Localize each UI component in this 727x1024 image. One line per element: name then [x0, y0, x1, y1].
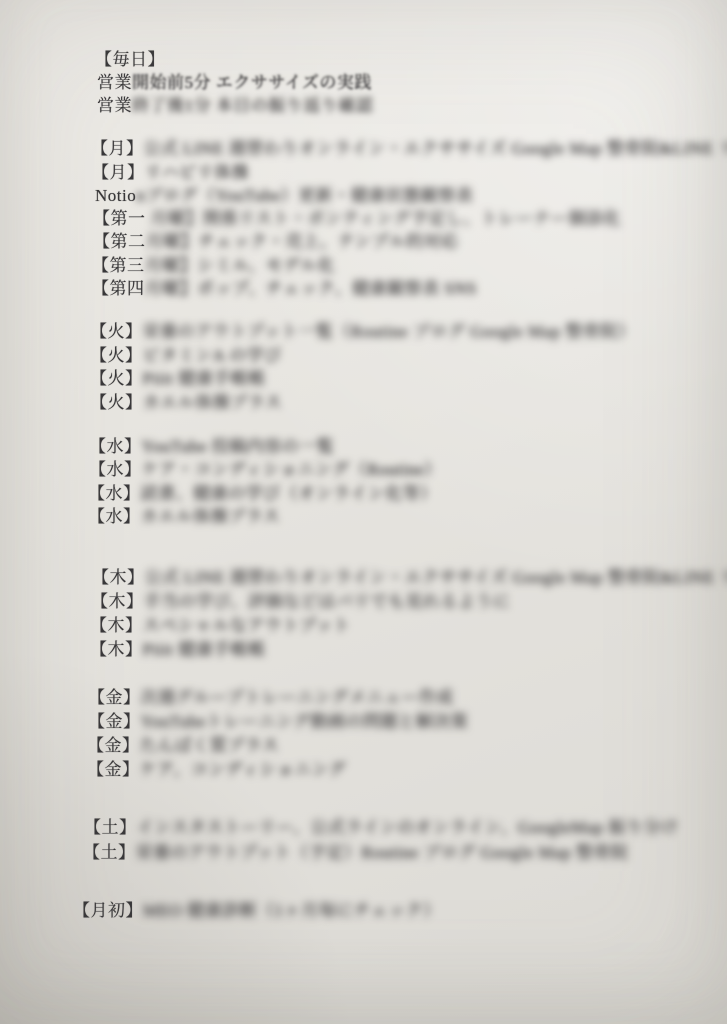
line-label: 営業	[97, 73, 132, 92]
line-redacted-text: 手当の学び、評価などはバリでも見れるように	[144, 592, 511, 611]
line-label: 【火】	[90, 346, 143, 365]
line-label: 【土】	[83, 843, 136, 862]
line-redacted-text: 読書、健康の学び（オンライン化等）	[141, 484, 438, 503]
line-redacted-text: 栄養のアウトプット一覧（Routine ブログ Google Map 整骨院）	[143, 322, 636, 341]
schedule-line: 【水】YouTube 投稿内容の一覧	[89, 437, 334, 457]
schedule-line: 営業開始前5分 エクササイズの実践	[97, 73, 372, 93]
schedule-line: 【木】手当の学び、評価などはバリでも見れるように	[91, 592, 510, 612]
line-redacted-text: カエル体操プラス	[141, 507, 281, 526]
schedule-line: 【月】リハビリ体操	[92, 163, 249, 183]
schedule-line: 【月】公式 LINE 週替わりオンライン・エクササイズ Google Map 整…	[91, 139, 727, 159]
line-label: 【金】	[88, 712, 141, 731]
line-redacted-text: インスタストーリー、公式ラインのオンライン、GoogleMap 振り分け	[137, 818, 679, 837]
schedule-line: 【火】カエル体操プラス	[90, 393, 282, 413]
line-label: 【月】	[92, 163, 145, 182]
line-label: 【水】	[88, 484, 141, 503]
line-redacted-text: 月曜】チェック・売上、テンプル的対応	[146, 232, 459, 251]
line-label: 【第二	[93, 232, 146, 251]
line-label: 【木】	[91, 592, 144, 611]
line-label: 【毎日】	[95, 50, 165, 69]
line-label: 【火】	[90, 393, 143, 412]
line-label: 営業	[97, 96, 132, 115]
line-label: 【水】	[88, 507, 141, 526]
line-label: 【月】	[91, 139, 144, 158]
line-redacted-text: nブログ（YouTube）更新・健康状態観察表	[136, 186, 473, 205]
line-redacted-text: 月曜】ポップ、チェック、健康観察表 SNS	[145, 279, 477, 298]
line-label: 【第四	[92, 279, 145, 298]
line-redacted-text: スペシャルなアウトプット	[143, 616, 351, 635]
line-redacted-text: 月曜】関係リスト・ポンティング予定し、トレーナー個添化	[146, 209, 621, 228]
schedule-line: 【水】ケア・コンディショニング（Routine）	[89, 460, 442, 480]
line-redacted-text: ケア・コンディショニング（Routine）	[142, 460, 442, 479]
schedule-line: 【木】Piiit 健康手帳帳	[90, 640, 266, 660]
line-label: 【火】	[90, 322, 143, 341]
line-label: 【金】	[88, 688, 141, 707]
schedule-line: 【木】公式 LINE 週替わりオンライン・エクササイズ Google Map 整…	[92, 568, 727, 588]
schedule-line: 営業終了後1分 本日の振り返り確認	[97, 96, 373, 116]
schedule-line: 【火】Piiit 健康手帳帳	[90, 369, 266, 389]
line-label: 【水】	[89, 437, 142, 456]
schedule-line: 【金】YouTubeトレーニング動画の問題と解決策	[88, 712, 468, 732]
line-redacted-text: 公式 LINE 週替わりオンライン・エクササイズ Google Map 整骨院&…	[144, 139, 727, 158]
schedule-line: 【毎日】	[95, 50, 165, 70]
line-redacted-text: 公式 LINE 週替わりオンライン・エクササイズ Google Map 整骨院&…	[145, 568, 727, 587]
line-label: 【水】	[89, 460, 142, 479]
line-redacted-text: 終了後1分 本日の振り返り確認	[132, 96, 373, 115]
line-redacted-text: MEO 健康診断（1ヶ月毎にチェック）	[143, 901, 441, 920]
schedule-line: 【金】たんぱく質プラス	[87, 736, 279, 756]
line-redacted-text: 栄養のアウトプット（予定）Routine ブログ Google Map 整骨院	[136, 843, 629, 862]
line-label: 【金】	[87, 736, 140, 755]
schedule-line: Notionブログ（YouTube）更新・健康状態観察表	[95, 186, 473, 206]
schedule-line: 【土】インスタストーリー、公式ラインのオンライン、GoogleMap 振り分け	[84, 818, 678, 838]
line-redacted-text: Piiit 健康手帳帳	[143, 369, 266, 388]
schedule-line: 【第二月曜】チェック・売上、テンプル的対応	[93, 232, 458, 252]
schedule-line: 【火】ビタミンA の学び	[90, 346, 282, 366]
line-redacted-text: YouTubeトレーニング動画の問題と解決策	[141, 712, 469, 731]
line-redacted-text: 次週グループトレーニングメニュー作成	[141, 688, 454, 707]
schedule-line: 【金】次週グループトレーニングメニュー作成	[88, 688, 454, 708]
line-redacted-text: カエル体操プラス	[143, 393, 283, 412]
document-photo: 【毎日】営業開始前5分 エクササイズの実践営業終了後1分 本日の振り返り確認【月…	[0, 0, 727, 1024]
line-label: 【金】	[87, 760, 140, 779]
schedule-line: 【火】栄養のアウトプット一覧（Routine ブログ Google Map 整骨…	[90, 322, 635, 342]
line-label: 【木】	[90, 616, 143, 635]
schedule-line: 【月初】MEO 健康診断（1ヶ月毎にチェック）	[73, 901, 441, 921]
line-label: 【土】	[84, 818, 137, 837]
schedule-line: 【第三月曜】シミル、モデル化	[92, 256, 335, 276]
schedule-line: 【木】スペシャルなアウトプット	[90, 616, 350, 636]
line-label: 【木】	[92, 568, 145, 587]
line-redacted-text: リハビリ体操	[145, 163, 250, 182]
schedule-line: 【土】栄養のアウトプット（予定）Routine ブログ Google Map 整…	[83, 843, 628, 863]
line-redacted-text: ケア、コンディショニング	[140, 760, 347, 779]
line-label: 【木】	[90, 640, 143, 659]
line-redacted-text: YouTube 投稿内容の一覧	[142, 437, 335, 456]
line-redacted-text: ビタミンA の学び	[143, 346, 282, 365]
line-redacted-text: 月曜】シミル、モデル化	[145, 256, 335, 275]
line-label: 【火】	[90, 369, 143, 388]
line-label: 【第三	[92, 256, 145, 275]
schedule-line: 【金】ケア、コンディショニング	[87, 760, 346, 780]
line-label: 【月初】	[73, 901, 143, 920]
line-label: Notio	[95, 186, 136, 205]
line-redacted-text: 開始前5分 エクササイズの実践	[132, 73, 372, 92]
schedule-line: 【第一 月曜】関係リスト・ポンティング予定し、トレーナー個添化	[93, 209, 621, 229]
schedule-line: 【水】読書、健康の学び（オンライン化等）	[88, 484, 438, 504]
line-label: 【第一	[93, 209, 146, 228]
schedule-line: 【水】カエル体操プラス	[88, 507, 280, 527]
line-redacted-text: Piiit 健康手帳帳	[143, 640, 266, 659]
line-redacted-text: たんぱく質プラス	[140, 736, 280, 755]
schedule-line: 【第四月曜】ポップ、チェック、健康観察表 SNS	[92, 279, 477, 299]
